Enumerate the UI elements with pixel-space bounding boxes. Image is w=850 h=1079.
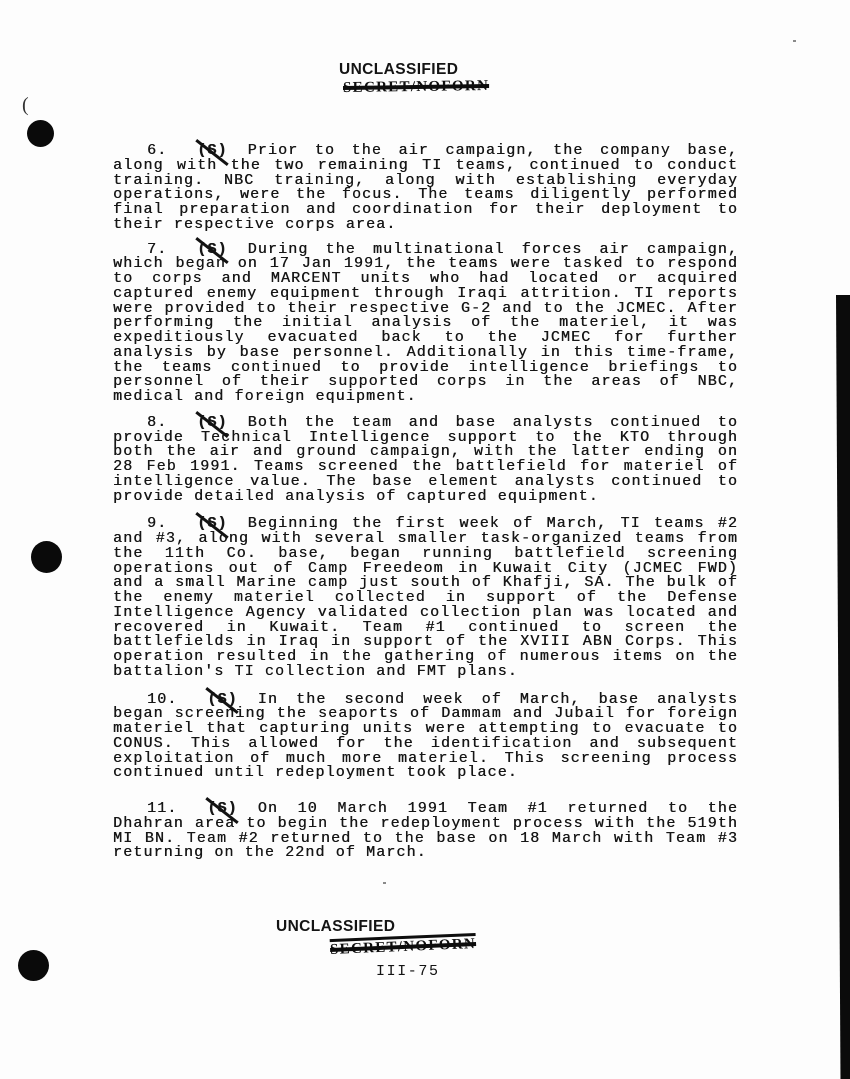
hole-punch-mark: [27, 120, 54, 147]
paragraph-text: Beginning the first week of March, TI te…: [113, 515, 738, 680]
struck-s-classification-marker: (S): [207, 802, 237, 817]
struck-s-classification-marker: (S): [197, 517, 227, 532]
paragraph-6: 6.(S)Prior to the air campaign, the comp…: [113, 144, 738, 233]
page-number: III-75: [376, 963, 440, 980]
paragraph-text: During the multinational forces air camp…: [113, 241, 738, 406]
dust-speck: [793, 40, 796, 42]
margin-paren-mark: (: [22, 94, 29, 117]
struck-s-classification-marker: (S): [197, 416, 227, 431]
top-unclassified-label: UNCLASSIFIED: [339, 61, 458, 79]
bottom-struck-classification: SECRET/NOFORN: [330, 933, 477, 959]
paragraph-10: 10.(S)In the second week of March, base …: [113, 693, 738, 782]
paragraph-7: 7.(S)During the multinational forces air…: [113, 243, 738, 405]
top-struck-classification: SECRET/NOFORN: [343, 78, 489, 97]
bottom-unclassified-label: UNCLASSIFIED: [276, 918, 395, 936]
struck-s-classification-marker: (S): [207, 693, 237, 708]
document-body: 6.(S)Prior to the air campaign, the comp…: [113, 144, 738, 861]
hole-punch-mark: [18, 950, 49, 981]
paragraph-11: 11.(S)On 10 March 1991 Team #1 returned …: [113, 802, 738, 861]
dust-speck: [383, 882, 386, 884]
paragraph-8: 8.(S)Both the team and base analysts con…: [113, 416, 738, 505]
struck-s-classification-marker: (S): [197, 243, 227, 258]
hole-punch-mark: [31, 541, 62, 573]
scanned-document-page: ( UNCLASSIFIED SECRET/NOFORN 6.(S)Prior …: [0, 0, 850, 1079]
scan-edge-artifact: [836, 295, 850, 1079]
paragraph-9: 9.(S)Beginning the first week of March, …: [113, 517, 738, 679]
struck-s-classification-marker: (S): [197, 144, 227, 159]
